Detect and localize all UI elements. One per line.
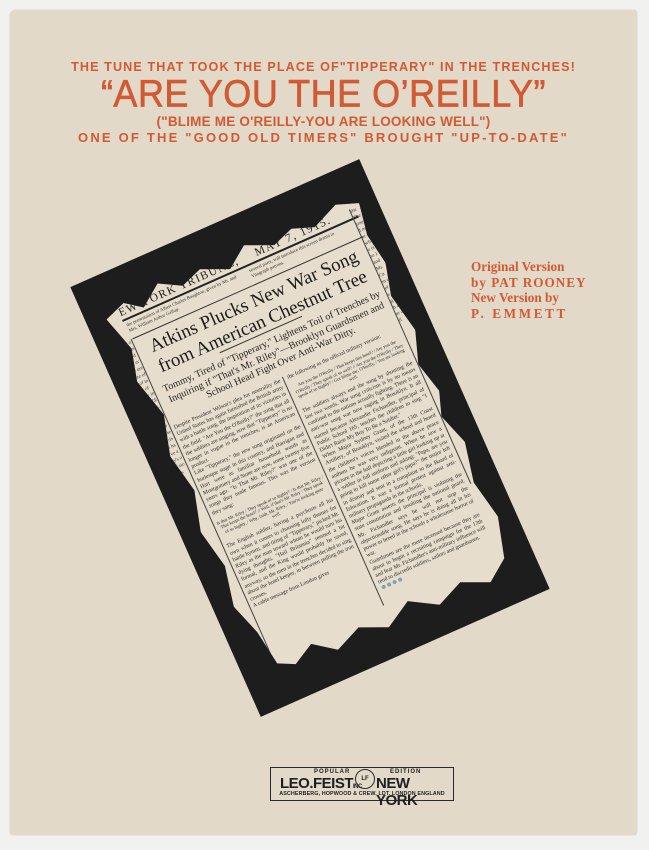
credits-block: Original Version by PAT ROONEY New Versi… <box>471 259 587 321</box>
credit-original-version: Original Version <box>471 259 587 275</box>
publisher-name-text: LEO.FEIST <box>280 775 353 792</box>
publisher-agents: ASCHERBERG, HOPWOOD & CREW. LDT. LONDON … <box>271 791 453 797</box>
publisher-logo: POPULAR EDITION LEO.FEISTINC LF NEW YORK… <box>270 767 454 801</box>
wreath-emblem-icon: LF <box>355 769 375 789</box>
byline: ONE OF THE "GOOD OLD TIMERS" BROUGHT "UP… <box>10 130 637 145</box>
credit-new-version: New Version by <box>471 290 587 306</box>
publisher-name: LEO.FEISTINC <box>280 775 362 792</box>
credit-new-author: P. EMMETT <box>471 306 587 322</box>
credit-original-author: by PAT ROONEY <box>471 275 587 291</box>
song-title: “ARE YOU THE O’REILLY” <box>10 72 637 116</box>
song-subtitle: ("BLIME ME O'REILLY-YOU ARE LOOKING WELL… <box>10 114 637 129</box>
